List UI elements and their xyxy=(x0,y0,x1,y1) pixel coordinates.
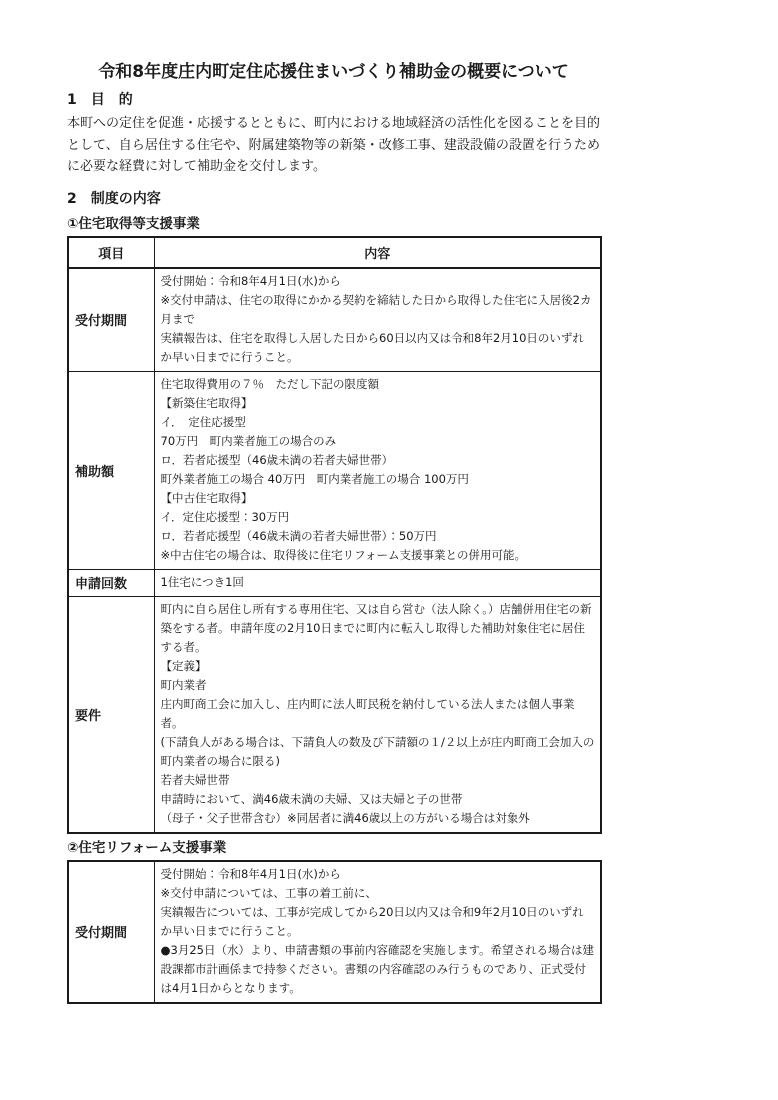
housing-acquisition-table: 項目 内容 受付期間 受付開始：令和8年4月1日(水)から ※交付申請は、住宅の… xyxy=(67,236,602,834)
housing-reform-table: 受付期間 受付開始：令和8年4月1日(水)から ※交付申請については、工事の着工… xyxy=(67,860,602,1004)
program1-heading: ①住宅取得等支援事業 xyxy=(67,214,600,234)
row-content-reception-period: 受付開始：令和8年4月1日(水)から ※交付申請は、住宅の取得にかかる契約を締結… xyxy=(154,268,601,372)
table-row: 受付期間 受付開始：令和8年4月1日(水)から ※交付申請については、工事の着工… xyxy=(68,861,601,1003)
row-label-requirements: 要件 xyxy=(68,596,154,833)
column-header-item: 項目 xyxy=(68,237,154,268)
row-content-reform-reception-period: 受付開始：令和8年4月1日(水)から ※交付申請については、工事の着工前に、 実… xyxy=(154,861,601,1003)
row-content-requirements: 町内に自ら居住し所有する専用住宅、又は自ら営む（法人除く。）店舗併用住宅の新築を… xyxy=(154,596,601,833)
table-row: 受付期間 受付開始：令和8年4月1日(水)から ※交付申請は、住宅の取得にかかる… xyxy=(68,268,601,372)
document-title: 令和8年度庄内町定住応援住まいづくり補助金の概要について xyxy=(67,60,600,84)
system-heading: 2 制度の内容 xyxy=(67,188,600,210)
program2-heading: ②住宅リフォーム支援事業 xyxy=(67,838,600,858)
table-header-row: 項目 内容 xyxy=(68,237,601,268)
row-label-application-count: 申請回数 xyxy=(68,569,154,596)
row-label-subsidy-amount: 補助額 xyxy=(68,371,154,569)
row-content-application-count: 1住宅につき1回 xyxy=(154,569,601,596)
row-label-reform-reception-period: 受付期間 xyxy=(68,861,154,1003)
table-row: 要件 町内に自ら居住し所有する専用住宅、又は自ら営む（法人除く。）店舗併用住宅の… xyxy=(68,596,601,833)
row-label-reception-period: 受付期間 xyxy=(68,268,154,372)
document-page: 令和8年度庄内町定住応援住まいづくり補助金の概要について 1 目 的 本町への定… xyxy=(0,0,778,1100)
row-content-subsidy-amount: 住宅取得費用の７％ ただし下記の限度額 【新築住宅取得】 イ． 定住応援型 70… xyxy=(154,371,601,569)
column-header-content: 内容 xyxy=(154,237,601,268)
purpose-paragraph: 本町への定住を促進・応援するとともに、町内における地域経済の活性化を図ることを目… xyxy=(67,113,600,178)
table-row: 申請回数 1住宅につき1回 xyxy=(68,569,601,596)
table-row: 補助額 住宅取得費用の７％ ただし下記の限度額 【新築住宅取得】 イ． 定住応援… xyxy=(68,371,601,569)
purpose-heading: 1 目 的 xyxy=(67,89,600,111)
